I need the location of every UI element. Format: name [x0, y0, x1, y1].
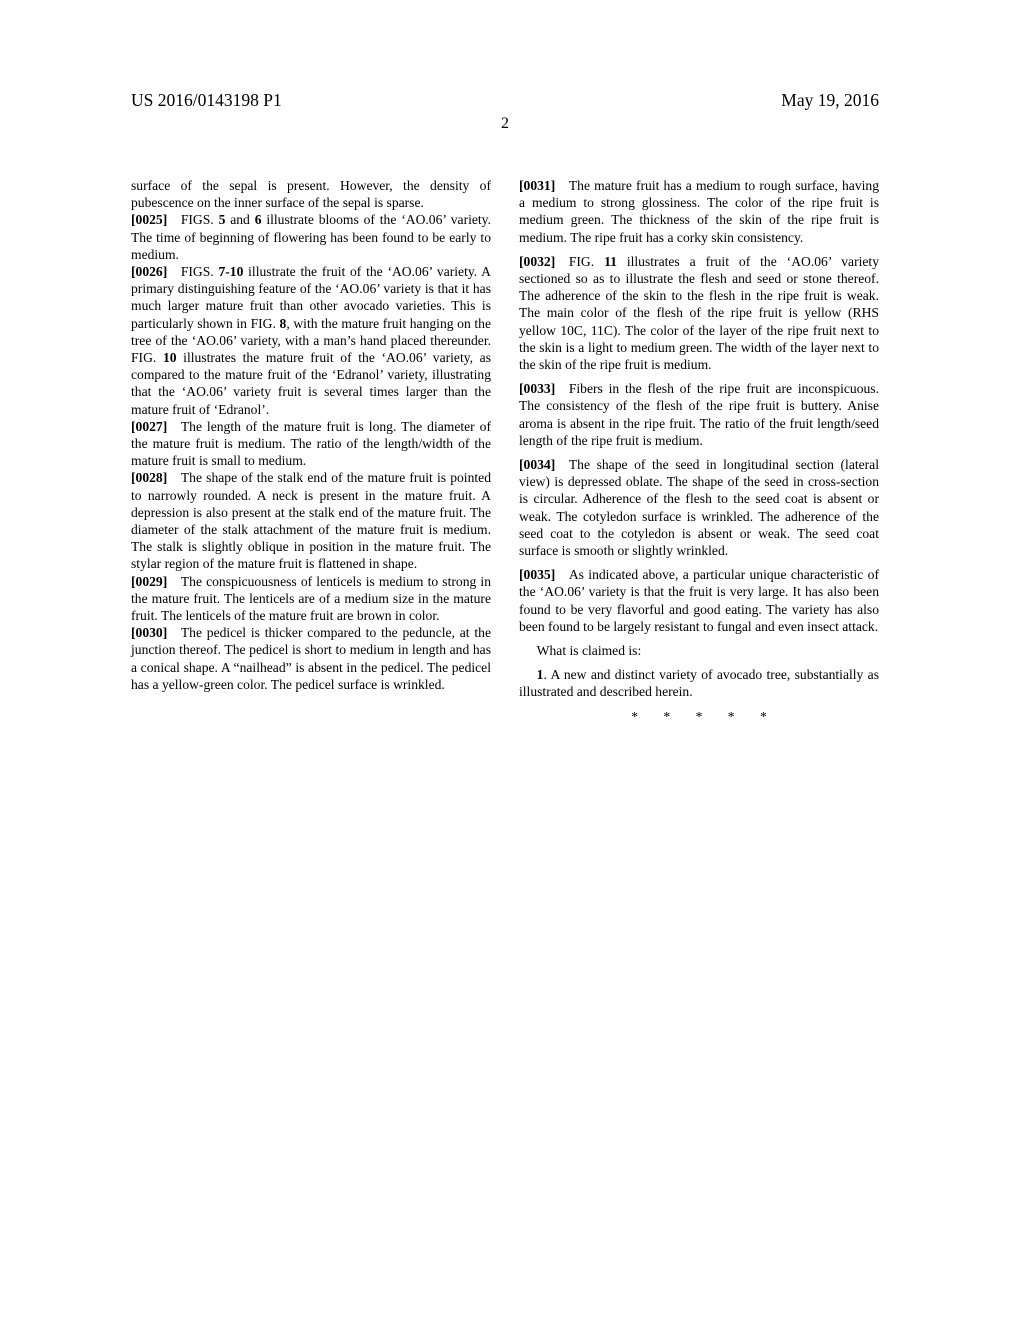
claims-intro: What is claimed is:	[519, 642, 879, 659]
paragraph-tag: [0031]	[519, 178, 555, 193]
paragraph-continuation: surface of the sepal is present. However…	[131, 177, 491, 211]
paragraph-0030: [0030]The pedicel is thicker compared to…	[131, 624, 491, 693]
claims-end-separator: * * * * *	[519, 708, 879, 725]
patent-page: US 2016/0143198 P1 May 19, 2016 2 surfac…	[0, 0, 1024, 1320]
page-header: US 2016/0143198 P1 May 19, 2016	[131, 90, 879, 110]
paragraph-tag: [0034]	[519, 457, 555, 472]
paragraph-tag: [0029]	[131, 574, 167, 589]
paragraph-0032: [0032]FIG. 11 illustrates a fruit of the…	[519, 253, 879, 373]
paragraph-tag: [0025]	[131, 212, 167, 227]
paragraph-0029: [0029]The conspicuousness of lenticels i…	[131, 573, 491, 625]
paragraph-tag: [0033]	[519, 381, 555, 396]
paragraph-tag: [0027]	[131, 419, 167, 434]
right-column: [0031]The mature fruit has a medium to r…	[519, 177, 879, 732]
body-columns: surface of the sepal is present. However…	[131, 177, 879, 732]
paragraph-0025: [0025]FIGS. 5 and 6 illustrate blooms of…	[131, 211, 491, 263]
paragraph-0035: [0035]As indicated above, a particular u…	[519, 566, 879, 635]
paragraph-tag: [0026]	[131, 264, 167, 279]
paragraph-0031: [0031]The mature fruit has a medium to r…	[519, 177, 879, 246]
paragraph-0033: [0033]Fibers in the flesh of the ripe fr…	[519, 380, 879, 449]
claim-1: 1. A new and distinct variety of avocado…	[519, 666, 879, 700]
left-column: surface of the sepal is present. However…	[131, 177, 491, 732]
patent-number: US 2016/0143198 P1	[131, 90, 282, 110]
paragraph-tag: [0032]	[519, 254, 555, 269]
publication-date: May 19, 2016	[781, 90, 879, 110]
paragraph-0027: [0027]The length of the mature fruit is …	[131, 418, 491, 470]
paragraph-tag: [0035]	[519, 567, 555, 582]
paragraph-0034: [0034]The shape of the seed in longitudi…	[519, 456, 879, 559]
paragraph-0028: [0028]The shape of the stalk end of the …	[131, 469, 491, 572]
page-number: 2	[131, 115, 879, 133]
paragraph-tag: [0028]	[131, 470, 167, 485]
paragraph-tag: [0030]	[131, 625, 167, 640]
paragraph-0026: [0026]FIGS. 7-10 illustrate the fruit of…	[131, 263, 491, 418]
